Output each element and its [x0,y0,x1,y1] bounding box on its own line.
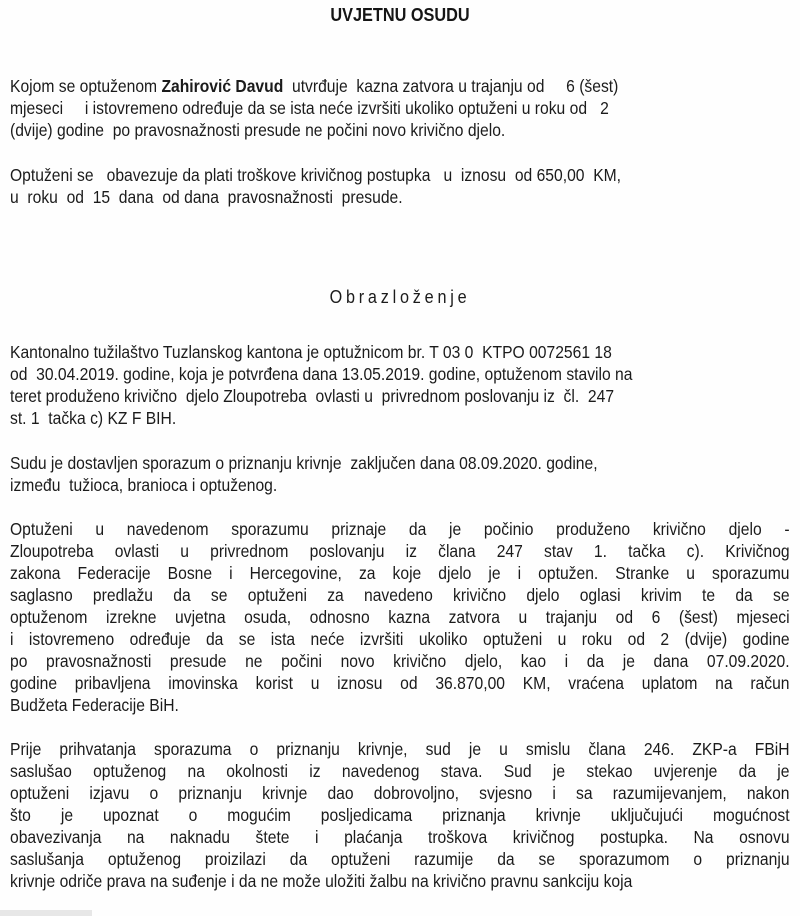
word: u [686,562,695,584]
word: privrednom [210,540,288,562]
word: izjavu [89,782,129,804]
word: optužen. [538,562,598,584]
word: od [400,672,417,694]
word: je [553,760,565,782]
word: dao [327,782,353,804]
word: što [10,804,31,826]
word: proizilazi [205,848,266,870]
word: za [359,562,376,584]
word: osuda, [244,606,291,628]
word: krivično [393,650,446,672]
word: o [189,804,198,826]
word: od [628,628,645,650]
word: na [188,760,205,782]
text-line: Prijeprihvatanjasporazumaopriznanjukrivn… [10,738,790,760]
word: optuženog [93,760,166,782]
verdict-paragraph-costs: Optuženi se obavezuje da plati troškove … [10,164,704,208]
word: je [449,518,461,540]
word: pravosnažnosti [46,650,151,672]
word: je [777,760,789,782]
word: iz [309,760,320,782]
text-line: Sudu je dostavljen sporazum o priznanju … [10,452,704,474]
word: stava. [441,760,483,782]
word: izrekne [106,606,156,628]
word: krivim [641,584,682,606]
word: uključujući [611,804,683,826]
word: optuženi [10,782,69,804]
text-line: iistovremenoodređujedaseistanećeizvršiti… [10,628,790,650]
word: optuženom [10,606,87,628]
word: 07.09.2020. [707,650,790,672]
word: račun [750,672,789,694]
word: uvjetna [175,606,225,628]
word: u [558,628,567,650]
word: istovremeno [29,628,114,650]
word: sa [576,782,593,804]
word: priznanju [178,782,242,804]
word: štete [256,826,290,848]
word: KM, [523,672,551,694]
word: člana [588,738,625,760]
word: Stranke [615,562,669,584]
word: postupka. [600,826,668,848]
word: je [469,738,481,760]
word: da [290,848,307,870]
word: sporazumu [231,518,308,540]
word: neće [311,628,345,650]
word: okolnosti [226,760,288,782]
word: Zloupotreba [10,540,94,562]
word: krivnje [536,804,581,826]
text-line: krivnje odriče prava na suđenje i da ne … [10,870,704,892]
word: pribavljena [75,672,151,694]
text-line: mjeseci i istovremeno određuje da se ist… [10,97,704,119]
word: predlažu [93,584,153,606]
word: vraćena [568,672,624,694]
text-line: Kantonalno tužilaštvo Tuzlanskog kantona… [10,341,704,363]
word: mjeseci [737,606,790,628]
text-line: teret produženo krivično djelo Zloupotre… [10,385,704,407]
word: osnovu [739,826,789,848]
reasoning-paragraph-admission: Optuženiunavedenomsporazumupriznajedajep… [10,518,704,716]
word: korist [256,672,293,694]
verdict-paragraph-sentence: Kojom se optuženom Zahirović Davud utvrđ… [10,75,704,141]
word: u [311,672,320,694]
word: dana [653,650,688,672]
word: da [497,848,514,870]
text-line: obavezivanjananaknadušteteiplaćanjatrošk… [10,826,790,848]
word: - [784,518,789,540]
word: Bosne [168,562,212,584]
word: priznaje [331,518,386,540]
word: i [552,782,555,804]
word: ukoliko [419,628,468,650]
text-line: popravosnažnostipresudenepočininovokrivi… [10,650,790,672]
word: počinio [484,518,534,540]
text-line: Optuženi se obavezuje da plati troškove … [10,164,704,186]
word: krivično [453,584,506,606]
text-line: saslušanjaoptuženogproizilazidaoptuženir… [10,848,790,870]
word: roku [582,628,612,650]
word: (dvije) [685,628,728,650]
word: uvjerenje [654,760,718,782]
word: i [565,650,568,672]
word: tačka [628,540,665,562]
word: troškova [428,826,487,848]
word: godine [10,672,57,694]
word: kao [521,650,546,672]
word: Prije [10,738,41,760]
word: od [616,606,633,628]
verdict-title: UVJETNU OSUDU [48,4,752,26]
word: novo [341,650,375,672]
word: iznosu [337,672,382,694]
word: saslušao [10,760,72,782]
word: c). [687,540,704,562]
word: sporazuma [154,738,231,760]
word: izvršiti [360,628,403,650]
word: svjesno [479,782,532,804]
word: da [735,584,752,606]
word: krivnje [262,782,307,804]
word: djelo, [465,650,502,672]
word: za [327,584,344,606]
word: djelo [526,584,559,606]
word: počini [281,650,322,672]
word: zakona [10,562,60,584]
word: djelo [729,518,762,540]
word: se [211,584,228,606]
reasoning-paragraph-plea-agreement: Sudu je dostavljen sporazum o priznanju … [10,452,704,496]
word: razumijevanjem, [613,782,727,804]
word: da [587,650,604,672]
word: Sud [504,760,532,782]
word: (šest) [679,606,718,628]
word: stav [544,540,573,562]
word: stekao [586,760,632,782]
word: Hercegovine, [250,562,342,584]
word: Na [693,826,713,848]
text-line: optuženomizrekneuvjetnaosuda,odnosnokazn… [10,606,790,628]
section-heading-reasoning: Obrazloženje [40,287,760,308]
word: u [499,738,508,760]
word: iz [406,540,417,562]
word: presude [170,650,227,672]
word: da [409,518,426,540]
word: u [180,540,189,562]
word: da [206,628,223,650]
document-page: UVJETNU OSUDU Kojom se optuženom Zahirov… [0,0,800,916]
text-line: godinepribavljenaimovinskakoristuiznosuo… [10,672,790,694]
word: trajanju [546,606,597,628]
text-line: Zloupotrebaovlastiuprivrednomposlovanjui… [10,540,790,562]
text-line: st. 1 tačka c) KZ F BIH. [10,407,704,429]
page-corner-strip [0,910,92,916]
text-line: optuženiizjavuopriznanjukrivnjedaodobrov… [10,782,790,804]
defendant-name: Zahirović Davud [161,76,283,96]
word: u [518,606,527,628]
word: krivnje, [358,738,408,760]
word: na [715,672,732,694]
word: navedenom [127,518,209,540]
word: i [315,826,318,848]
word: djelo [438,562,471,584]
word: sporazumom [579,848,670,870]
text-line: zakonaFederacijeBosneiHercegovine,zakoje… [10,562,790,584]
word: krivičnog [513,826,575,848]
word: navedeno [364,584,433,606]
word: naknadu [170,826,230,848]
word: koje [393,562,422,584]
word: uplatom [642,672,698,694]
reasoning-paragraph-hearing: Prijeprihvatanjasporazumaopriznanjukrivn… [10,738,704,892]
word: priznanju [276,738,340,760]
word: poslovanju [310,540,385,562]
word: se [773,584,790,606]
text-line: u roku od 15 dana od dana pravosnažnosti… [10,186,704,208]
word: i [10,628,13,650]
word: mogućnost [713,804,790,826]
word: 247 [497,540,523,562]
word: 1. [594,540,607,562]
word: ne [245,650,262,672]
reasoning-paragraph-indictment: Kantonalno tužilaštvo Tuzlanskog kantona… [10,341,704,429]
word: 36.870,00 [435,672,505,694]
word: oglasi [580,584,621,606]
word: imovinska [168,672,238,694]
text-line: saslušaooptuženognaokolnostiiznavedenogs… [10,760,790,782]
word: i [518,562,521,584]
word: se [239,628,256,650]
word: zatvora [449,606,500,628]
text-line: Budžeta Federacije BiH. [10,694,704,716]
word: odnosno [310,606,370,628]
word: smislu [526,738,570,760]
word: člana [438,540,475,562]
word: 246. [644,738,674,760]
text-line: Optuženiunavedenomsporazumupriznajedajep… [10,518,790,540]
text-line: Kojom se optuženom Zahirović Davud utvrđ… [10,75,704,97]
word: te [702,584,715,606]
word: Optuženi [10,518,73,540]
word: po [10,650,27,672]
text-line: od 30.04.2019. godine, koja je potvrđena… [10,363,704,385]
word: da [173,584,190,606]
word: ZKP-a [692,738,736,760]
word: navedenog [342,760,419,782]
word: optuženi [483,628,542,650]
word: da [739,760,756,782]
word: ovlasti [115,540,159,562]
word: kazna [388,606,430,628]
word: godine [743,628,790,650]
word: nakon [747,782,790,804]
text-line: štojeupoznatomogućimposljedicamapriznanj… [10,804,790,826]
word: je [61,804,73,826]
text-run: utvrđuje kazna zatvora u trajanju od 6 (… [283,76,618,96]
word: optuženi [331,848,390,870]
word: o [250,738,259,760]
word: plaćanja [344,826,402,848]
word: određuje [130,628,191,650]
word: i [229,562,232,584]
word: upoznat [103,804,159,826]
word: priznanju [726,848,790,870]
word: priznanja [442,804,506,826]
word: u [95,518,104,540]
word: optuženog [108,848,181,870]
word: obavezivanja [10,826,101,848]
word: 6 [652,606,661,628]
text-line: saglasnopredlažudaseoptuženizanavedenokr… [10,584,790,606]
word: krivično [653,518,706,540]
word: saslušanja [10,848,84,870]
word: produženo [556,518,630,540]
word: je [488,562,500,584]
word: dobrovoljno, [374,782,459,804]
word: se [539,848,556,870]
word: sud [426,738,451,760]
word: razumije [414,848,473,870]
word: prihvatanja [59,738,136,760]
word: o [693,848,702,870]
word: posljedicama [321,804,412,826]
word: ista [271,628,295,650]
word: je [623,650,635,672]
word: 2 [660,628,669,650]
word: Krivičnog [725,540,789,562]
text-line: između tužioca, branioca i optuženog. [10,474,704,496]
word: Federacije [78,562,151,584]
word: saglasno [10,584,73,606]
word: FBiH [755,738,790,760]
word: sporazumu [712,562,789,584]
text-line: (dvije) godine po pravosnažnosti presude… [10,119,704,141]
word: o [150,782,159,804]
word: optuženi [248,584,307,606]
text-run: Kojom se optuženom [10,76,161,96]
word: mogućim [227,804,291,826]
word: na [127,826,144,848]
